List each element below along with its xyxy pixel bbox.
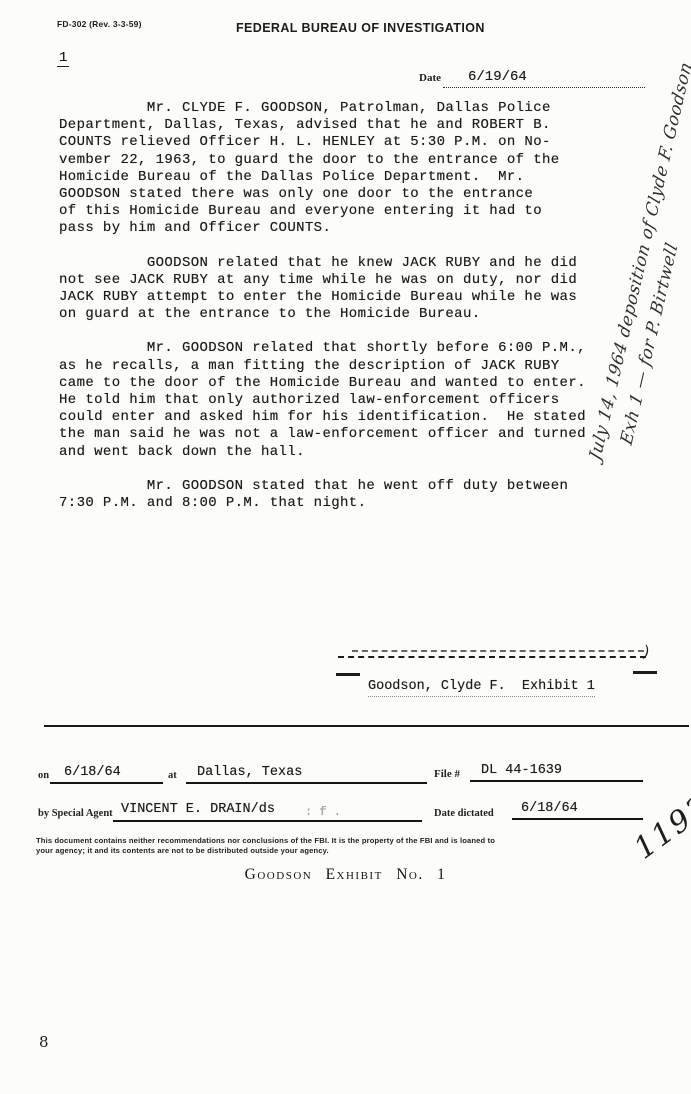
divider-tick — [336, 673, 360, 676]
document-page: FD-302 (Rev. 3-3-59) FEDERAL BUREAU OF I… — [0, 0, 691, 1094]
page-title: FEDERAL BUREAU OF INVESTIGATION — [236, 21, 485, 35]
date-value: 6/19/64 — [468, 69, 527, 85]
file-number-label: File # — [434, 768, 460, 780]
field-underline — [186, 782, 427, 784]
fbi-disclaimer: This document contains neither recommend… — [36, 836, 646, 856]
exhibit-caption: Goodson, Clyde F. Exhibit 1 — [368, 679, 595, 697]
dashed-divider — [338, 656, 646, 658]
field-underline — [470, 780, 643, 782]
interview-date-value: 6/18/64 — [64, 765, 121, 780]
date-underline — [443, 87, 645, 88]
field-underline — [512, 818, 643, 820]
dashed-divider — [352, 650, 644, 652]
field-underline — [50, 782, 163, 784]
divider-hook: ) — [642, 643, 650, 661]
date-label: Date — [419, 72, 441, 84]
location-value: Dallas, Texas — [197, 765, 302, 780]
special-agent-label: by Special Agent — [38, 808, 113, 819]
field-underline — [113, 820, 422, 822]
file-number-value: DL 44-1639 — [481, 763, 562, 778]
report-body: Mr. CLYDE F. GOODSON, Patrolman, Dallas … — [59, 100, 586, 529]
disclaimer-line: your agency; it and its contents are not… — [36, 846, 646, 856]
special-agent-value: VINCENT E. DRAIN/ds — [121, 802, 275, 817]
body-paragraph: GOODSON related that he knew JACK RUBY a… — [59, 255, 586, 324]
divider-tick — [633, 671, 657, 674]
body-paragraph: Mr. GOODSON stated that he went off duty… — [59, 478, 586, 512]
body-paragraph: Mr. CLYDE F. GOODSON, Patrolman, Dallas … — [59, 100, 586, 238]
date-dictated-label: Date dictated — [434, 808, 494, 819]
form-number: FD-302 (Rev. 3-3-59) — [57, 19, 142, 29]
handwritten-margin-note: July 14, 1964 deposition of Clyde F. Goo… — [583, 0, 691, 475]
horizontal-rule — [44, 725, 689, 727]
body-paragraph: Mr. GOODSON related that shortly before … — [59, 340, 586, 460]
page-footer-number: 8 — [39, 1033, 49, 1051]
at-label: at — [168, 770, 177, 781]
page-number-top: 1 — [57, 50, 69, 67]
ink-smudge: : f . — [305, 805, 341, 819]
date-dictated-value: 6/18/64 — [521, 801, 578, 816]
exhibit-label: Goodson Exhibit No. 1 — [0, 866, 691, 884]
on-label: on — [38, 770, 49, 781]
disclaimer-line: This document contains neither recommend… — [36, 836, 646, 846]
